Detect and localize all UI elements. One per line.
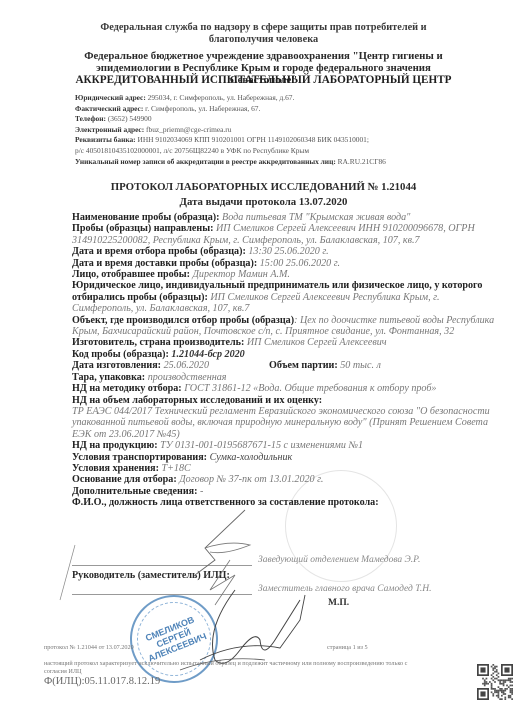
field-basis: Основание для отбора: Договор № 37-пк от…: [72, 474, 502, 485]
field-sampling-method: НД на методику отбора: ГОСТ 31861-12 «Во…: [72, 383, 502, 394]
protocol-page: Федеральная служба по надзору в сфере за…: [0, 0, 527, 721]
bank-line2: р/с 40501810435102000001, л/с 20756Щ8224…: [75, 146, 309, 155]
field-sample-code: Код пробы (образца): 1.21044-бср 2020: [72, 349, 502, 360]
responsible-signature-line: [72, 565, 252, 566]
head-name: Заместитель главного врача Самодед Т.Н.: [258, 584, 432, 594]
field-storage: Условия хранения: Т+18С: [72, 463, 502, 474]
field-delivery-time: Дата и время доставки пробы (образца): 1…: [72, 258, 502, 269]
field-packaging: Тара, упаковка: производственная: [72, 372, 502, 383]
email: fbuz_priemn@cge-crimea.ru: [146, 125, 231, 134]
footer-disclaimer-line2: согласия ИЛЦ: [44, 668, 81, 675]
protocol-issue-date: Дата выдачи протокола 13.07.2020: [0, 196, 527, 208]
field-additional: Дополнительные сведения: -: [72, 486, 502, 497]
field-sample-name: Наименование пробы (образца): Вода питье…: [72, 212, 502, 223]
phone-label: Телефон:: [75, 114, 106, 123]
head-signature-line: [72, 594, 252, 595]
bank-line1: ИНН 9102034069 КПП 910201001 ОГРН 114910…: [138, 135, 369, 144]
legal-address-label: Юридический адрес:: [75, 93, 146, 102]
actual-address-label: Фактический адрес:: [75, 104, 143, 113]
accreditation-label: Уникальный номер записи об аккредитации …: [75, 157, 336, 166]
actual-address: г. Симферополь, ул. Набережная, 67.: [145, 104, 260, 113]
field-responsible: Ф.И.О., должность лица ответственного за…: [72, 497, 502, 508]
footer-page-number: страница 1 из 5: [327, 644, 368, 651]
responsible-name: Заведующий отделением Мамедова Э.Р.: [258, 555, 420, 565]
batch-volume-label: Объем партии:: [269, 360, 338, 371]
contacts-block: Юридический адрес: 295034, г. Симферопол…: [75, 93, 515, 167]
field-manufacturer: Изготовитель, страна производитель: ИП С…: [72, 337, 502, 348]
field-product-nd: НД на продукцию: ТУ 0131-001-0195687671-…: [72, 440, 502, 451]
form-code: Ф(ИЛЦ):05.11.017.8.12.19: [44, 676, 160, 687]
bank-label: Реквизиты банка:: [75, 135, 136, 144]
phone: (3652) 549900: [108, 114, 152, 123]
footer-protocol-ref: протокол № 1.21044 от 13.07.2020: [44, 644, 134, 651]
accreditation-number: RA.RU.21СГ86: [338, 157, 386, 166]
field-transport: Условия транспортирования: Сумка-холодил…: [72, 452, 502, 463]
field-manufacture-date: Дата изготовления: 25.06.2020Объем парти…: [72, 360, 502, 371]
field-sent-by: Пробы (образцы) направлены: ИП Смеликов …: [72, 223, 502, 246]
seal-mark: М.П.: [328, 598, 349, 608]
legal-address: 295034, г. Симферополь, ул. Набережная, …: [148, 93, 295, 102]
agency-name: Федеральная служба по надзору в сфере за…: [0, 22, 527, 46]
field-sampling-time: Дата и время отбора пробы (образца): 13:…: [72, 246, 502, 257]
field-sampler: Лицо, отобравшее пробы: Директор Мамин А…: [72, 269, 502, 280]
batch-volume: 50 тыс. л: [340, 360, 381, 371]
protocol-fields: Наименование пробы (образца): Вода питье…: [72, 212, 502, 509]
footer-disclaimer-line1: настоящий протокол характеризует исключи…: [44, 660, 474, 667]
center-name: АККРЕДИТОВАННЫЙ ИСПЫТАТЕЛЬНЫЙ ЛАБОРАТОРН…: [0, 74, 527, 86]
field-object: Объект, где производился отбор пробы (об…: [72, 315, 502, 338]
qr-code-icon: [477, 664, 513, 700]
field-research-scope: НД на объем лабораторных исследований и …: [72, 395, 502, 441]
field-entity: Юридическое лицо, индивидуальный предпри…: [72, 280, 502, 314]
protocol-title: ПРОТОКОЛ ЛАБОРАТОРНЫХ ИССЛЕДОВАНИЙ № 1.2…: [0, 181, 527, 193]
head-label: Руководитель (заместитель) ИЛЦ:: [72, 570, 230, 581]
email-label: Электронный адрес:: [75, 125, 144, 134]
